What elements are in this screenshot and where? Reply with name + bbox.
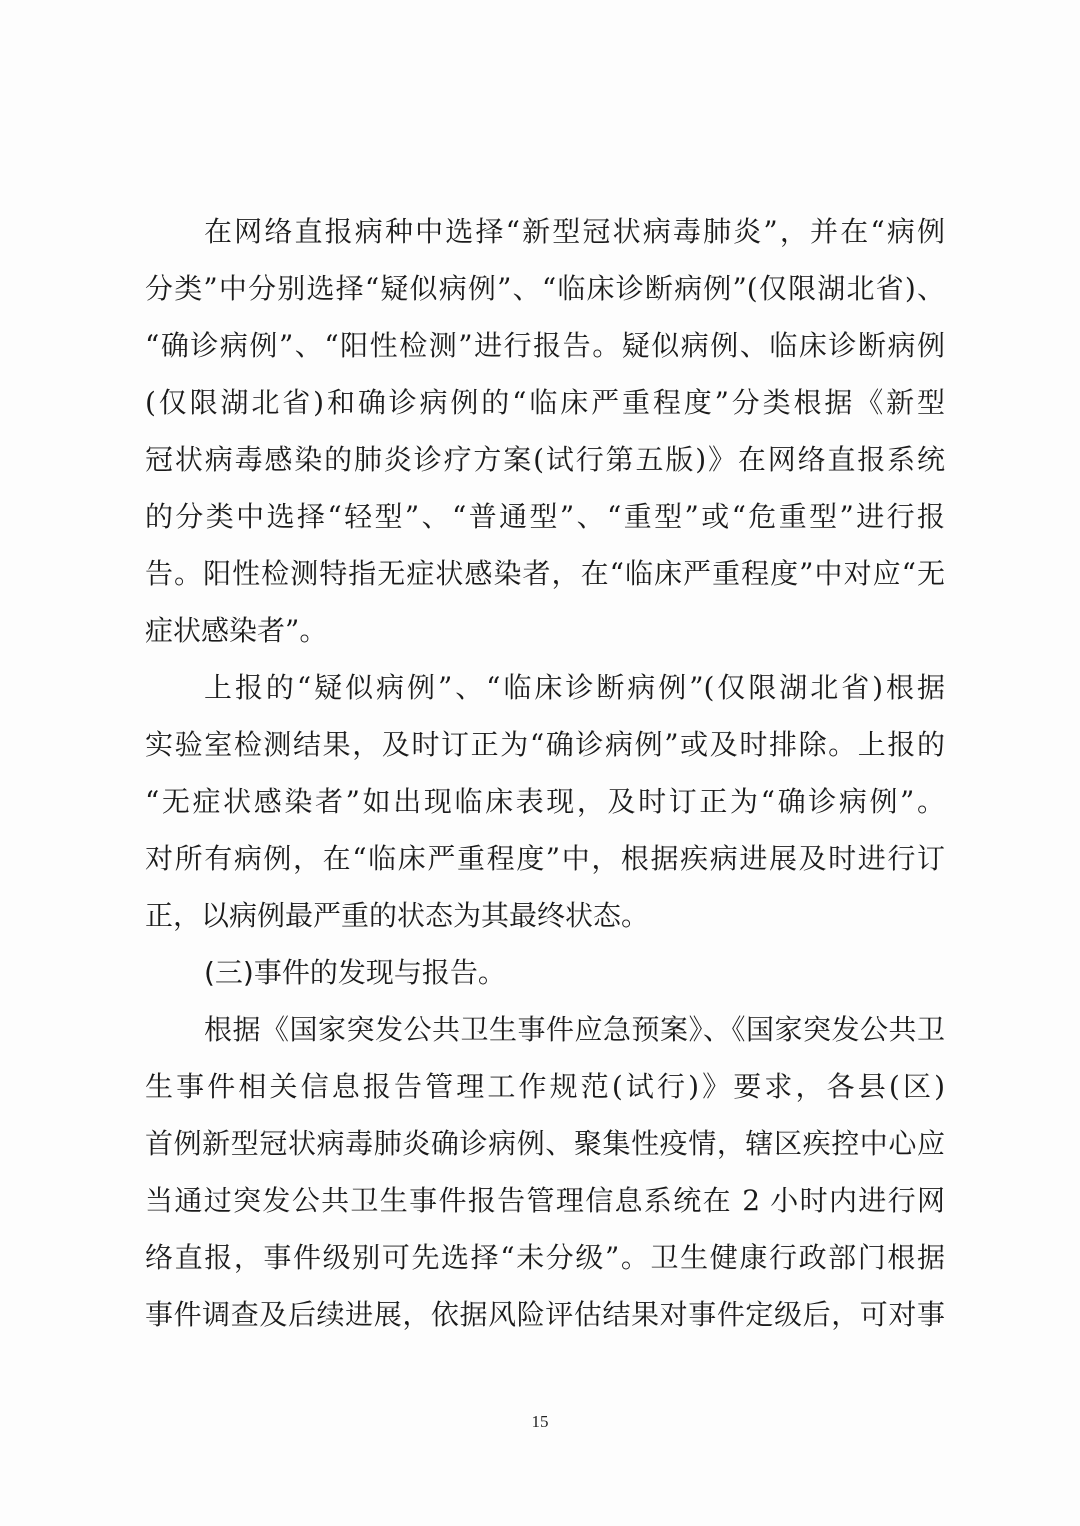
text-line: 分类”中分别选择“疑似病例”、“临床诊断病例”(仅限湖北省)、: [145, 260, 945, 317]
section-heading: (三)事件的发现与报告。: [145, 944, 945, 1001]
text-line: “确诊病例”、“阳性检测”进行报告。疑似病例、临床诊断病例: [145, 317, 945, 374]
text-line: 冠状病毒感染的肺炎诊疗方案(试行第五版)》在网络直报系统: [145, 431, 945, 488]
paragraph-event-reporting: 根据《国家突发公共卫生事件应急预案》、《国家突发公共卫 生事件相关信息报告管理工…: [145, 1001, 945, 1343]
text-line: 上报的“疑似病例”、“临床诊断病例”(仅限湖北省)根据: [145, 659, 945, 716]
text-line: 首例新型冠状病毒肺炎确诊病例、聚集性疫情，辖区疾控中心应: [145, 1115, 945, 1172]
text-line: 症状感染者”。: [145, 602, 945, 659]
text-line: 对所有病例，在“临床严重程度”中，根据疾病进展及时进行订: [145, 830, 945, 887]
section-heading-text: (三)事件的发现与报告。: [145, 944, 945, 1001]
paragraph-case-classification: 在网络直报病种中选择“新型冠状病毒肺炎”，并在“病例 分类”中分别选择“疑似病例…: [145, 203, 945, 659]
text-line: (仅限湖北省)和确诊病例的“临床严重程度”分类根据《新型: [145, 374, 945, 431]
text-line: 的分类中选择“轻型”、“普通型”、“重型”或“危重型”进行报: [145, 488, 945, 545]
document-page: 在网络直报病种中选择“新型冠状病毒肺炎”，并在“病例 分类”中分别选择“疑似病例…: [0, 0, 1080, 1526]
document-body: 在网络直报病种中选择“新型冠状病毒肺炎”，并在“病例 分类”中分别选择“疑似病例…: [145, 203, 945, 1343]
text-line: 在网络直报病种中选择“新型冠状病毒肺炎”，并在“病例: [145, 203, 945, 260]
text-line: 根据《国家突发公共卫生事件应急预案》、《国家突发公共卫: [145, 1001, 945, 1058]
paragraph-case-correction: 上报的“疑似病例”、“临床诊断病例”(仅限湖北省)根据 实验室检测结果，及时订正…: [145, 659, 945, 944]
text-line: 络直报，事件级别可先选择“未分级”。卫生健康行政部门根据: [145, 1229, 945, 1286]
page-number: 15: [0, 1412, 1080, 1432]
text-line: 实验室检测结果，及时订正为“确诊病例”或及时排除。上报的: [145, 716, 945, 773]
text-line: “无症状感染者”如出现临床表现，及时订正为“确诊病例”。: [145, 773, 945, 830]
text-line: 正，以病例最严重的状态为其最终状态。: [145, 887, 945, 944]
text-line: 生事件相关信息报告管理工作规范(试行)》要求，各县(区): [145, 1058, 945, 1115]
text-line: 当通过突发公共卫生事件报告管理信息系统在 2 小时内进行网: [145, 1172, 945, 1229]
text-line: 告。阳性检测特指无症状感染者，在“临床严重程度”中对应“无: [145, 545, 945, 602]
text-line: 事件调查及后续进展，依据风险评估结果对事件定级后，可对事: [145, 1286, 945, 1343]
